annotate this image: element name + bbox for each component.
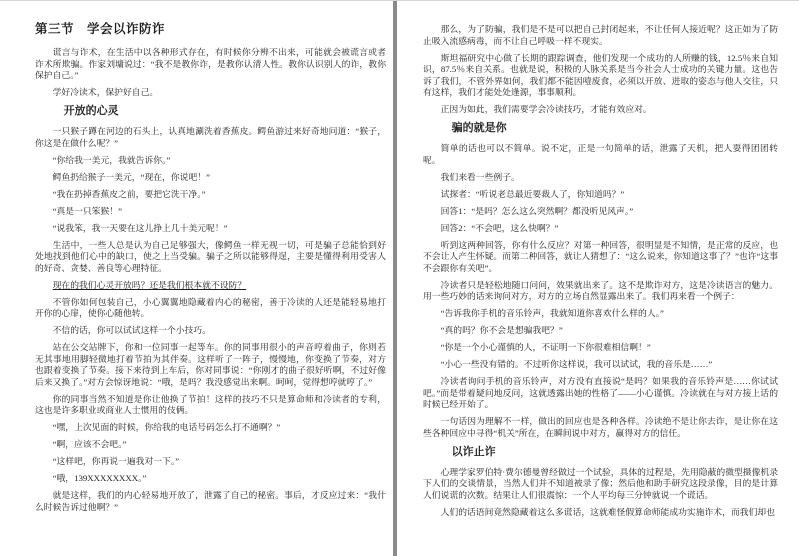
paragraph: “你是一个小心谨慎的人，不证明一下你很难相信啊！” (423, 342, 778, 354)
paragraph: “真的吗？你不会是想骗我吧？” (423, 325, 778, 337)
paragraph: “真是一只笨猴！” (35, 206, 386, 218)
paragraph: “嘿，上次见面的时候，你给我的电话号码怎么打不通啊？” (35, 422, 386, 434)
paragraph: “告诉我你手机的音乐铃声，我就知道你喜欢什么样的人。” (423, 308, 778, 320)
paragraph: “啊，应该不会吧。” (35, 439, 386, 451)
paragraph: “我在扔掉香蕉皮之前，要把它洗干净。” (35, 189, 386, 201)
paragraph: 一句话因为理解不一样，做出的回应也是各种各样。冷读绝不是让你去诈，是让你在这些各… (423, 416, 778, 439)
paragraph: 谎言与诈术，在生活中以各种形式存在，有时候你分辨不出来，可能就会被谎言或者诈术所… (35, 47, 386, 82)
paragraph: “你给我一美元，我就告诉你。” (35, 155, 386, 167)
paragraph: 我们来看一些例子。 (423, 172, 778, 184)
paragraph: “说我笨，我一天要在这儿挣上几十美元呢！” (35, 223, 386, 235)
paragraph: 冷读者只是轻松地随口问问，效果就出来了。这不是欺诈对方，这是冷读语言的魅力。用一… (423, 280, 778, 303)
paragraph: 那么，为了防骗，我们是不是可以把自己封闭起来，不让任何人接近呢？这正如为了防止吸… (423, 24, 778, 47)
paragraph-underlined: 现在的我们心灵开放吗？还是我们根本就不设防？ (35, 280, 386, 292)
paragraph: 简单的话也可以不简单。说不定，正是一句简单的话，泄露了天机，把人耍得团团转呢。 (423, 143, 778, 166)
section-heading: 第三节 学会以诈防诈 (35, 21, 386, 38)
paragraph: 冷读者询问手机的音乐铃声，对方没有直接说“是吗？如果我的音乐铃声是……你试试吧。… (423, 376, 778, 411)
paragraph: “哦，139XXXXXXXX。” (35, 473, 386, 485)
sub-heading: 以诈止诈 (423, 445, 778, 460)
paragraph: 回答1：“是吗？怎么这么突然啊？都没听见风声。” (423, 206, 778, 218)
paragraph: 学好冷读术，保护好自己。 (35, 87, 386, 99)
paragraph: 回答2：“不会吧，这么快啊？” (423, 223, 778, 235)
paragraph: 站在公交站牌下，你和一位同事一起等车。你的同事用很小的声音哼着曲子，你则若无其事… (35, 342, 386, 388)
paragraph: 就是这样，我们的内心轻易地开放了，泄露了自己的秘密。事后，才反应过来：“我什么时… (35, 490, 386, 513)
paragraph: 生活中，一些人总是认为自己足够强大，像鳄鱼一样无视一切，可是骗子总能恰到好处地找… (35, 240, 386, 275)
paragraph: 鳄鱼扔给猴子一美元，“现在，你说吧！” (35, 172, 386, 184)
paragraph: “这样吧，你再说一遍我对一下。” (35, 456, 386, 468)
sub-heading: 开放的心灵 (35, 104, 386, 119)
paragraph: 不管你如何包装自己，小心翼翼地隐藏着内心的秘密，善于冷读的人还是能轻易地打开你的… (35, 297, 386, 320)
paragraph: “小心一些没有错的。不过听你这样说，我可以试试，我的音乐是……” (423, 359, 778, 371)
paragraph: 听到这两种回答，你有什么反应？对第一种回答，很明显是不知情，是正常的反应，也不会… (423, 240, 778, 275)
paragraph: 正因为如此，我们需要学会冷读技巧，才能有效应对。 (423, 104, 778, 116)
page-left: 第三节 学会以诈防诈谎言与诈术，在生活中以各种形式存在，有时候你分辨不出来，可能… (0, 1, 393, 556)
paragraph: 斯坦福研究中心做了长期的跟踪调查，他们发现一个成功的人所赚的钱，12.5％来自知… (423, 53, 778, 99)
paragraph: 一只猴子蹲在河边的石头上，认真地涮洗着香蕉皮。鳄鱼游过来好奇地问道：“猴子，你这… (35, 126, 386, 149)
paragraph: 你的同事当然不知道是你让他换了节拍！这样的技巧不只是算命师和冷读者的专利，这也是… (35, 394, 386, 417)
paragraph: 人们的话语间竟然隐藏着这么多谎话，这就难怪假算命师能成功实施诈术，而我们却也 (423, 507, 778, 519)
book-spread: 第三节 学会以诈防诈谎言与诈术，在生活中以各种形式存在，有时候你分辨不出来，可能… (0, 0, 799, 556)
page-right: 那么，为了防骗，我们是不是可以把自己封闭起来，不让任何人接近呢？这正如为了防止吸… (397, 1, 799, 556)
paragraph: 试探者：“听说老总最近要裁人了，你知道吗？” (423, 189, 778, 201)
sub-heading: 骗的就是你 (423, 121, 778, 136)
paragraph: 心理学家罗伯特·费尔德曼曾经做过一个试验，具体的过程是，先用隐蔽的微型摄像机录下… (423, 467, 778, 502)
paragraph: 不信的话，你可以试试这样一个小技巧。 (35, 325, 386, 337)
